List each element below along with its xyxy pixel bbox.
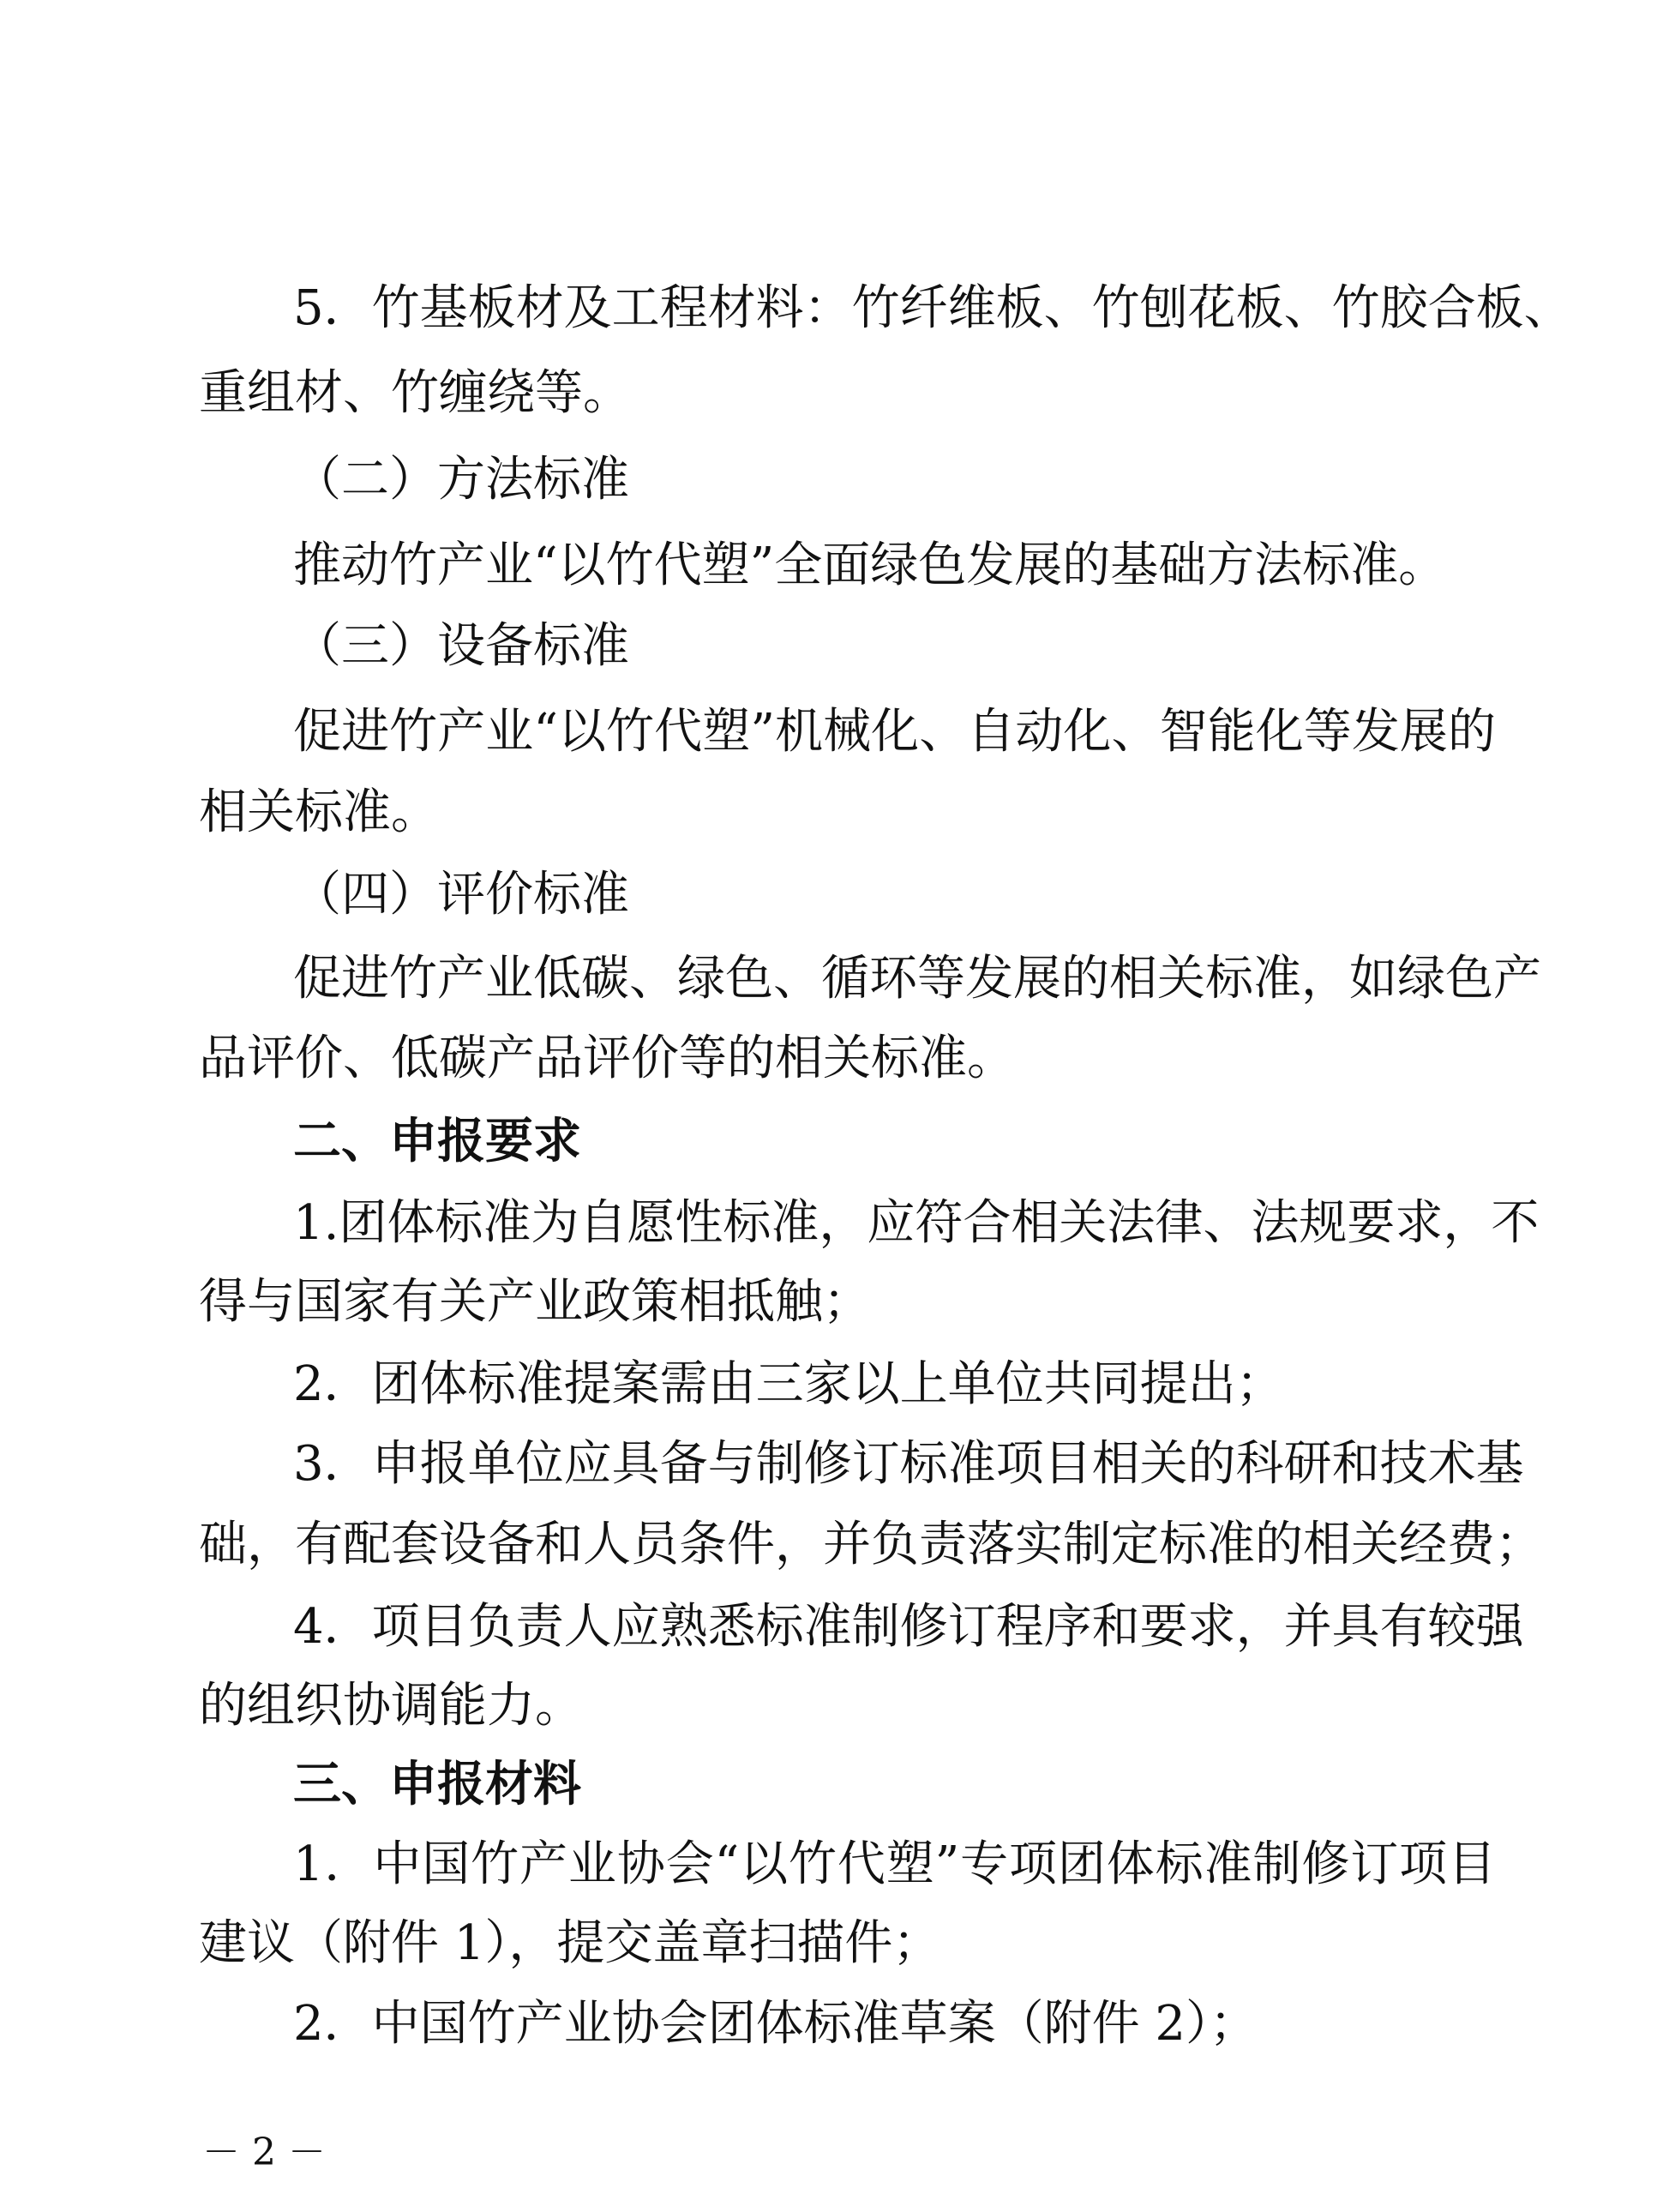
text-line: 础，有配套设备和人员条件，并负责落实制定标准的相关经费； (199, 1515, 1496, 1575)
text-line: 1．中国竹产业协会“以竹代塑”专项团体标准制修订项目 (199, 1835, 1496, 1895)
text-line: 的组织协调能力。 (199, 1676, 1496, 1736)
text-line: 得与国家有关产业政策相抵触； (199, 1272, 1496, 1332)
text-line: 相关标准。 (199, 783, 1496, 843)
text-line: 4．项目负责人应熟悉标准制修订程序和要求，并具有较强 (199, 1597, 1496, 1657)
text-line: 2．团体标准提案需由三家以上单位共同提出； (199, 1355, 1496, 1415)
text-line: 推动竹产业“以竹代塑”全面绿色发展的基础方法标准。 (199, 536, 1496, 596)
text-line: 建议（附件 1），提交盖章扫描件； (199, 1914, 1496, 1974)
text-line: 1.团体标准为自愿性标准，应符合相关法律、法规要求，不 (199, 1193, 1496, 1253)
page-number: － 2 － (202, 2131, 326, 2174)
section-heading: 三、申报材料 (199, 1755, 1496, 1815)
text-line: 促进竹产业低碳、绿色、循环等发展的相关标准，如绿色产 (199, 949, 1496, 1009)
section-heading: 二、申报要求 (199, 1112, 1496, 1172)
text-line: 品评价、低碳产品评价等的相关标准。 (199, 1029, 1496, 1089)
text-line: 5．竹基板材及工程材料：竹纤维板、竹刨花板、竹胶合板、 (199, 279, 1496, 339)
text-line: 3．申报单位应具备与制修订标准项目相关的科研和技术基 (199, 1434, 1496, 1494)
text-line: 促进竹产业“以竹代塑”机械化、自动化、智能化等发展的 (199, 702, 1496, 762)
document-page: 5．竹基板材及工程材料：竹纤维板、竹刨花板、竹胶合板、 重组材、竹缠绕等。 （二… (0, 0, 1669, 2212)
text-line: 重组材、竹缠绕等。 (199, 364, 1496, 424)
subsection-heading: （四）评价标准 (199, 865, 1496, 925)
subsection-heading: （二）方法标准 (199, 450, 1496, 510)
text-line: 2．中国竹产业协会团体标准草案（附件 2）； (199, 1994, 1496, 2054)
subsection-heading: （三）设备标准 (199, 616, 1496, 676)
